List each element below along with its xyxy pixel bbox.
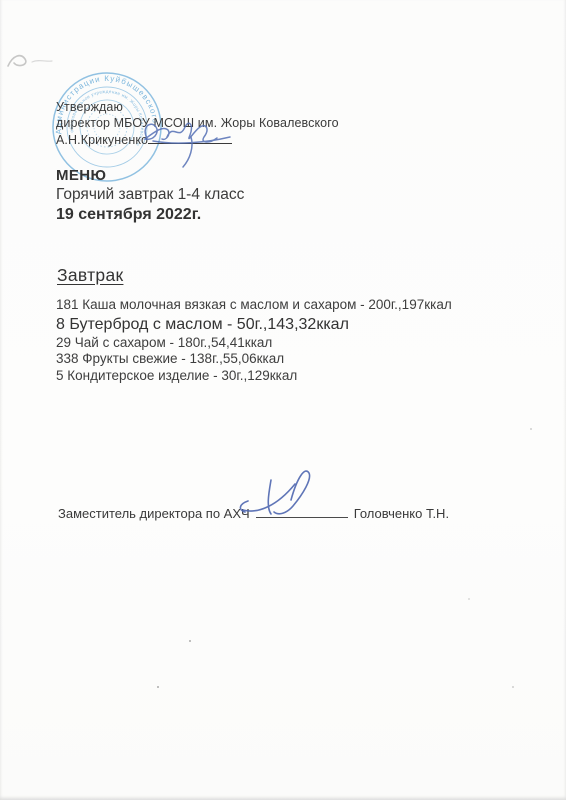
scan-speck [512,686,514,688]
deputy-signature-scribble [233,460,325,524]
section-heading-breakfast: Завтрак [57,265,123,286]
deputy-director-label: Заместитель директора по АХЧ [58,506,250,521]
menu-item: 8 Бутерброд с маслом - 50г.,143,32ккал [56,314,452,335]
director-signature-scribble [133,114,245,176]
scan-speck [157,686,159,688]
menu-subtitle: Горячий завтрак 1-4 класс [56,185,244,205]
deputy-director-name: Головченко Т.Н. [354,506,449,521]
menu-item: 181 Каша молочная вязкая с маслом и саха… [56,297,452,314]
menu-item-list: 181 Каша молочная вязкая с маслом и саха… [56,297,452,384]
scanned-menu-document: Администрации Куйбышевского образователь… [0,0,566,800]
menu-item: 29 Чай с сахаром - 180г.,54,41ккал [56,335,452,352]
menu-date: 19 сентября 2022г. [56,205,244,225]
menu-item: 338 Фрукты свежие - 138г.,55,06ккал [56,351,452,368]
scan-speck [189,640,191,642]
scan-speck [530,428,532,430]
menu-item: 5 Кондитерское изделие - 30г.,129ккал [56,368,452,385]
scan-speck [468,598,470,600]
